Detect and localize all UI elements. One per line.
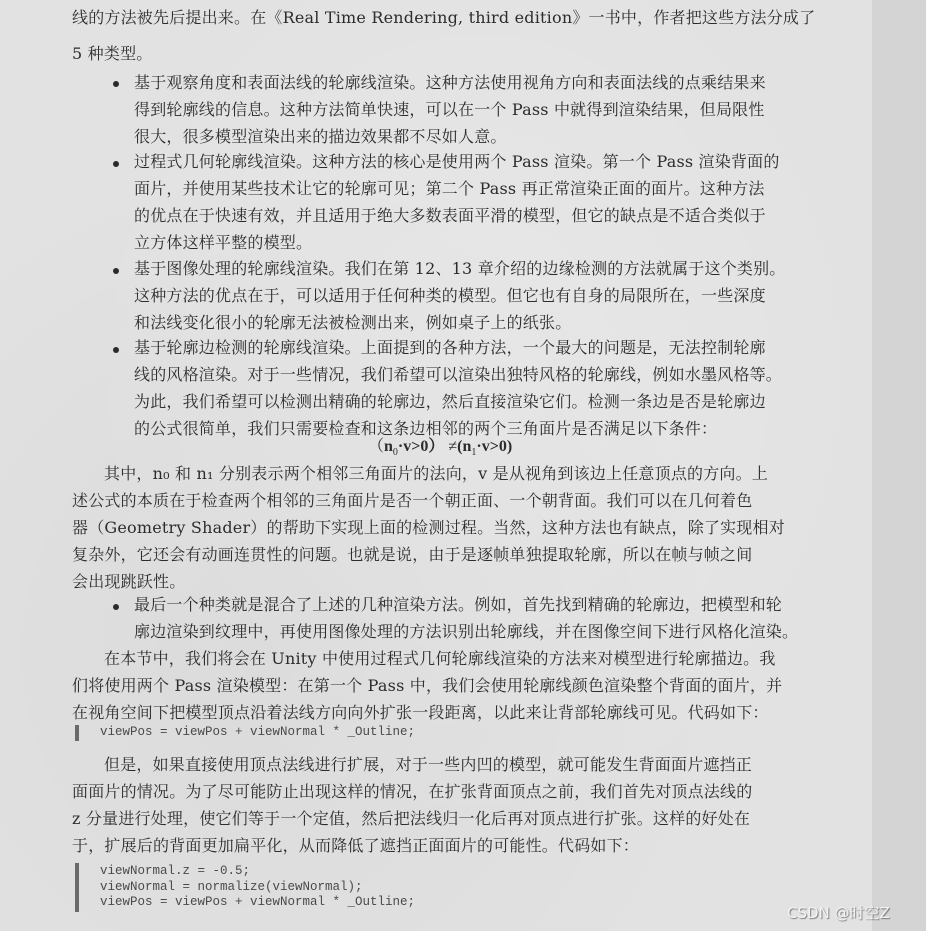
- after-line-2: 面面片的情况。为了尽可能防止出现这样的情况，在扩张背面顶点之前，我们首先对顶点法…: [72, 782, 752, 802]
- code-block-bar: [75, 725, 79, 741]
- bullet-icon: [113, 604, 119, 610]
- bullet-icon: [113, 161, 119, 167]
- page-edge-strip: [872, 0, 926, 931]
- formula-n0: n: [384, 438, 393, 455]
- bullet-icon: [113, 81, 119, 87]
- section-line-2: 们将使用两个 Pass 渲染模型：在第一个 Pass 中，我们会使用轮廓线颜色渲…: [72, 676, 782, 696]
- bullet-1-line-2: 得到轮廓线的信息。这种方法简单快速，可以在一个 Pass 中就得到渲染结果，但局…: [134, 100, 765, 120]
- bullet-4-line-1: 基于轮廓边检测的轮廓线渲染。上面提到的各种方法，一个最大的问题是，无法控制轮廓: [134, 338, 766, 358]
- code-line: viewPos = viewPos + viewNormal * _Outlin…: [100, 725, 415, 739]
- section-line-1: 在本节中，我们将会在 Unity 中使用过程式几何轮廓线渲染的方法来对模型进行轮…: [104, 649, 776, 669]
- section-line-3: 在视角空间下把模型顶点沿着法线方向向外扩张一段距离，以此来让背部轮廓线可见。代码…: [72, 703, 769, 723]
- explain-line-5: 会出现跳跃性。: [72, 572, 185, 592]
- bullet-3-line-2: 这种方法的优点在于，可以适用于任何种类的模型。但它也有自身的局限所在，一些深度: [134, 286, 766, 306]
- bullet-5-line-1: 最后一个种类就是混合了上述的几种渲染方法。例如，首先找到精确的轮廓边，把模型和轮: [134, 595, 782, 615]
- bullet-4-line-3: 为此，我们希望可以检测出精确的轮廓边，然后直接渲染它们。检测一条边是否是轮廓边: [134, 392, 766, 412]
- bullet-3-line-3: 和法线变化很小的轮廓无法被检测出来，例如桌子上的纸张。: [134, 313, 571, 333]
- csdn-watermark: CSDN @时空Z: [787, 902, 890, 923]
- bullet-2-line-2: 面片，并使用某些技术让它的轮廓可见；第二个 Pass 再正常渲染正面的面片。这种…: [134, 179, 765, 199]
- after-line-4: 于，扩展后的背面更加扁平化，从而降低了遮挡正面面片的可能性。代码如下：: [72, 836, 639, 856]
- edge-condition-formula: （n0·v>0） ≠(n1·v>0): [368, 437, 512, 463]
- intro-line-2: 5 种类型。: [72, 44, 152, 64]
- code-block-1: viewPos = viewPos + viewNormal * _Outlin…: [100, 725, 415, 741]
- bullet-4-line-2: 线的风格渲染。对于一些情况，我们希望可以渲染出独特风格的轮廓线，例如水墨风格等。: [134, 365, 782, 385]
- bullet-2-line-3: 的优点在于快速有效，并且适用于绝大多数表面平滑的模型，但它的缺点是不适合类似于: [134, 206, 766, 226]
- explain-line-1: 其中，n₀ 和 n₁ 分别表示两个相邻三角面片的法向，v 是从视角到该边上任意顶…: [104, 464, 768, 484]
- after-line-1: 但是，如果直接使用顶点法线进行扩展，对于一些内凹的模型，就可能发生背面面片遮挡正: [104, 755, 752, 775]
- explain-line-4: 复杂外，它还会有动画连贯性的问题。也就是说，由于是逐帧单独提取轮廓，所以在帧与帧…: [72, 545, 752, 565]
- intro-line-1: 线的方法被先后提出来。在《Real Time Rendering, third …: [72, 8, 815, 28]
- bullet-icon: [113, 268, 119, 274]
- code-line: viewNormal.z = -0.5;: [100, 864, 415, 880]
- code-line: viewNormal = normalize(viewNormal);: [100, 880, 415, 896]
- formula-right-rest: ·v>0): [476, 438, 512, 455]
- code-line: viewPos = viewPos + viewNormal * _Outlin…: [100, 895, 415, 911]
- bullet-3-line-1: 基于图像处理的轮廓线渲染。我们在第 12、13 章介绍的边缘检测的方法就属于这个…: [134, 259, 786, 279]
- bullet-2-line-1: 过程式几何轮廓线渲染。这种方法的核心是使用两个 Pass 渲染。第一个 Pass…: [134, 152, 780, 172]
- explain-line-2: 述公式的本质在于检查两个相邻的三角面片是否一个朝正面、一个朝背面。我们可以在几何…: [72, 491, 752, 511]
- code-block-bar: [75, 863, 79, 912]
- formula-paren: （: [368, 438, 384, 455]
- formula-left-rest: ·v>0）: [398, 438, 444, 455]
- after-line-3: z 分量进行处理，使它们等于一个定值，然后把法线归一化后再对顶点进行扩张。这样的…: [72, 809, 750, 829]
- formula-not-equal: ≠: [448, 438, 457, 455]
- bullet-2-line-4: 立方体这样平整的模型。: [134, 233, 312, 253]
- bullet-1-line-3: 很大，很多模型渲染出来的描边效果都不尽如人意。: [134, 127, 507, 147]
- bullet-icon: [113, 347, 119, 353]
- bullet-1-line-1: 基于观察角度和表面法线的轮廓线渲染。这种方法使用视角方向和表面法线的点乘结果来: [134, 73, 766, 93]
- explain-line-3: 器（Geometry Shader）的帮助下实现上面的检测过程。当然，这种方法也…: [72, 518, 785, 538]
- bullet-4-line-4: 的公式很简单，我们只需要检查和这条边相邻的两个三角面片是否满足以下条件：: [134, 419, 717, 439]
- code-block-2: viewNormal.z = -0.5;viewNormal = normali…: [100, 864, 415, 911]
- bullet-5-line-2: 廓边渲染到纹理中，再使用图像处理的方法识别出轮廓线，并在图像空间下进行风格化渲染…: [134, 622, 798, 642]
